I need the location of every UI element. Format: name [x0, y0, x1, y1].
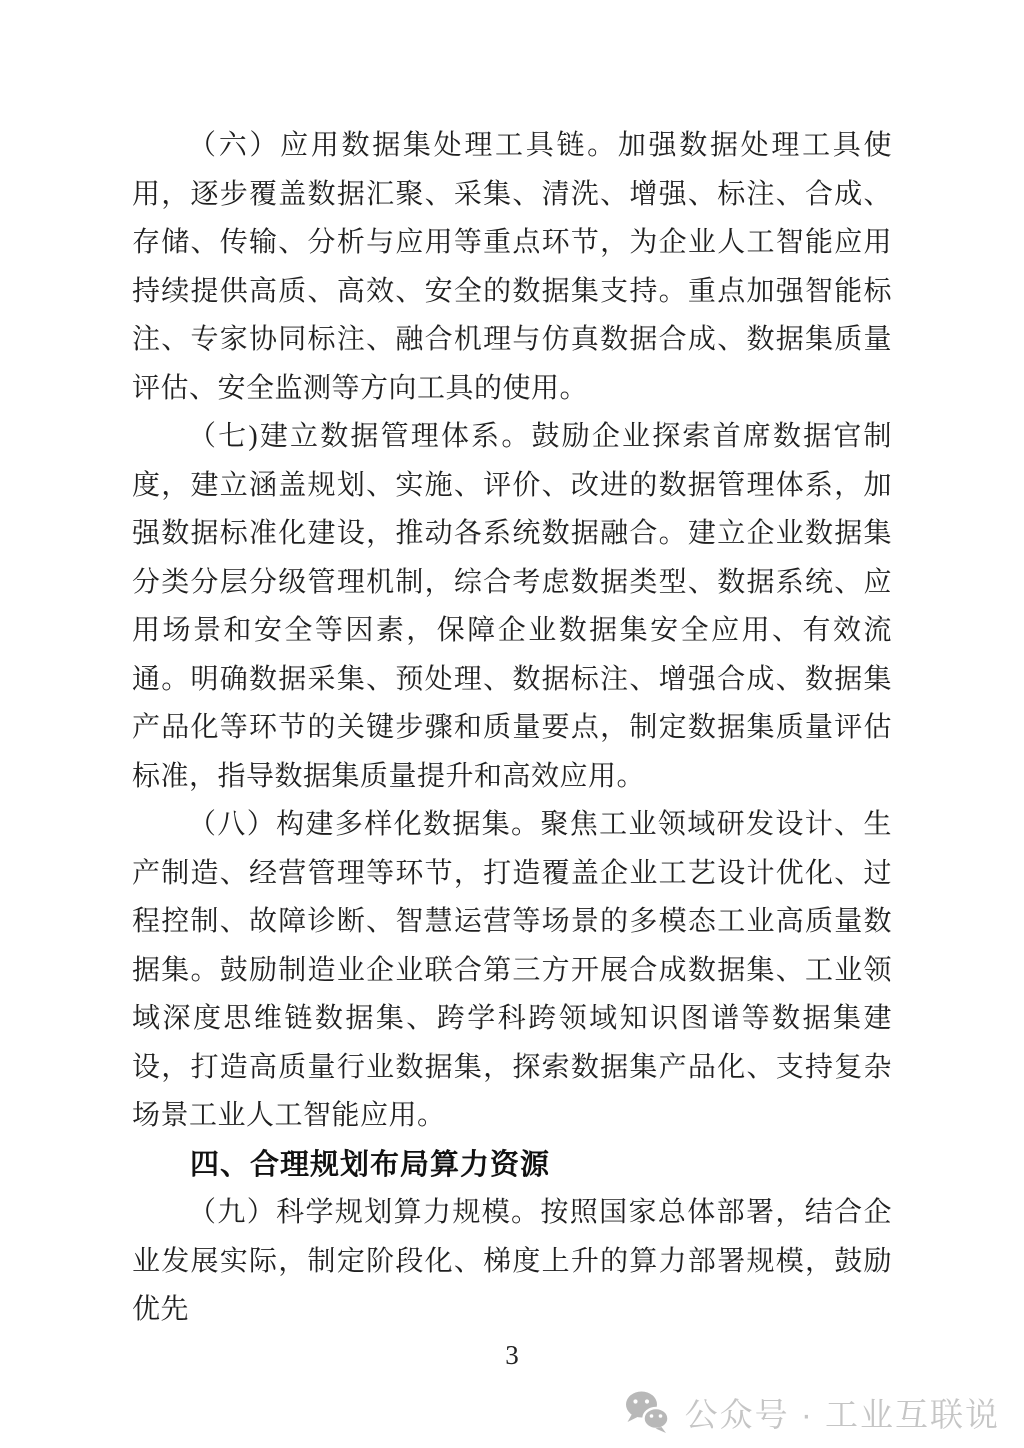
watermark-text: 公众号 · 工业互联说 [685, 1389, 1000, 1436]
paragraph-item-6: （六）应用数据集处理工具链。加强数据处理工具使用，逐步覆盖数据汇聚、采集、清洗、… [132, 122, 892, 413]
wechat-icon [623, 1388, 671, 1436]
document-page: （六）应用数据集处理工具链。加强数据处理工具使用，逐步覆盖数据汇聚、采集、清洗、… [0, 0, 1024, 1448]
section-heading-4: 四、合理规划布局算力资源 [132, 1141, 892, 1190]
paragraph-item-7: （七)建立数据管理体系。鼓励企业探索首席数据官制度，建立涵盖规划、实施、评价、改… [132, 413, 892, 801]
paragraph-item-9: （九）科学规划算力规模。按照国家总体部署，结合企业发展实际，制定阶段化、梯度上升… [132, 1189, 892, 1335]
paragraph-item-8: （八）构建多样化数据集。聚焦工业领域研发设计、生产制造、经营管理等环节，打造覆盖… [132, 801, 892, 1141]
page-number: 3 [0, 1340, 1024, 1371]
document-body: （六）应用数据集处理工具链。加强数据处理工具使用，逐步覆盖数据汇聚、采集、清洗、… [132, 122, 892, 1335]
watermark: 公众号 · 工业互联说 [623, 1388, 1000, 1436]
